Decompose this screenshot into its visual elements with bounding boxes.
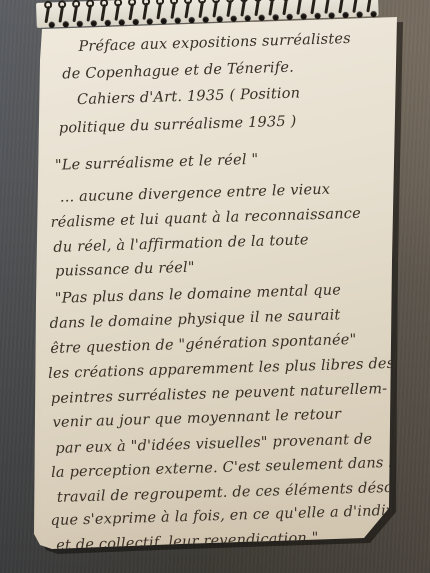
spiral-loop-icon bbox=[296, 0, 306, 25]
wire-stem-icon bbox=[72, 5, 77, 22]
punch-hole-icon bbox=[343, 12, 349, 18]
wire-stem-icon bbox=[170, 2, 175, 19]
punch-hole-icon bbox=[357, 11, 363, 17]
wire-stem-icon bbox=[114, 4, 119, 21]
wire-stem-icon bbox=[156, 2, 161, 19]
spiral-loop-icon bbox=[114, 0, 124, 31]
spiral-loop-icon bbox=[44, 1, 54, 33]
wire-stem-icon bbox=[282, 0, 287, 15]
spiral-loop-icon bbox=[58, 0, 68, 32]
handwriting-block: Préface aux expositions surréalistesde C… bbox=[45, 22, 405, 558]
wire-stem-icon bbox=[226, 0, 231, 17]
punch-hole-icon bbox=[301, 13, 307, 19]
wire-stem-icon bbox=[44, 6, 49, 23]
punch-hole-icon bbox=[133, 19, 139, 25]
punch-hole-icon bbox=[259, 15, 265, 21]
wire-stem-icon bbox=[240, 0, 245, 17]
wire-stem-icon bbox=[58, 5, 63, 22]
punch-hole-icon bbox=[147, 18, 153, 24]
punch-hole-icon bbox=[203, 17, 209, 23]
spiral-loop-icon bbox=[100, 0, 110, 31]
spiral-loop-icon bbox=[72, 0, 82, 32]
spiral-loop-icon bbox=[170, 0, 180, 29]
spiral-loop-icon bbox=[184, 0, 194, 28]
punch-hole-icon bbox=[161, 18, 167, 24]
spiral-loop-icon bbox=[86, 0, 96, 32]
wire-stem-icon bbox=[254, 0, 259, 16]
punch-hole-icon bbox=[273, 14, 279, 20]
punch-hole-icon bbox=[287, 14, 293, 20]
spiral-loop-icon bbox=[226, 0, 236, 27]
wire-stem-icon bbox=[142, 3, 147, 20]
punch-hole-icon bbox=[329, 12, 335, 18]
spiral-loop-icon bbox=[324, 0, 334, 24]
spiral-loop-icon bbox=[338, 0, 348, 23]
punch-hole-icon bbox=[91, 20, 97, 26]
spiral-loop-icon bbox=[156, 0, 166, 29]
wire-stem-icon bbox=[296, 0, 301, 15]
handwritten-line: "Le surréalisme et le réel " bbox=[55, 144, 395, 179]
spiral-loop-icon bbox=[268, 0, 278, 26]
spiral-loop-icon bbox=[212, 0, 222, 27]
spiral-loop-icon bbox=[310, 0, 320, 24]
wire-stem-icon bbox=[212, 0, 217, 17]
wire-stem-icon bbox=[366, 0, 371, 12]
punch-hole-icon bbox=[105, 20, 111, 26]
wire-stem-icon bbox=[338, 0, 343, 13]
punch-hole-icon bbox=[77, 21, 83, 27]
spiral-loop-icon bbox=[128, 0, 138, 30]
wire-stem-icon bbox=[268, 0, 273, 16]
notebook-page: Préface aux expositions surréalistesde C… bbox=[0, 0, 430, 573]
punch-hole-icon bbox=[119, 19, 125, 25]
punch-hole-icon bbox=[189, 17, 195, 23]
wire-stem-icon bbox=[100, 4, 105, 21]
spiral-loop-icon bbox=[198, 0, 208, 28]
punch-hole-icon bbox=[49, 22, 55, 28]
punch-hole-icon bbox=[315, 13, 321, 19]
punch-hole-icon bbox=[231, 16, 237, 22]
spiral-loop-icon bbox=[282, 0, 292, 25]
punch-hole-icon bbox=[175, 17, 181, 23]
wire-stem-icon bbox=[198, 1, 203, 18]
spiral-loop-icon bbox=[352, 0, 362, 23]
wire-stem-icon bbox=[184, 1, 189, 18]
wire-stem-icon bbox=[86, 5, 91, 22]
notebook-photo: Préface aux expositions surréalistesde C… bbox=[0, 0, 430, 573]
wire-stem-icon bbox=[128, 3, 133, 20]
spiral-loop-icon bbox=[254, 0, 264, 26]
wire-stem-icon bbox=[352, 0, 357, 13]
wire-stem-icon bbox=[310, 0, 315, 14]
punch-hole-icon bbox=[217, 16, 223, 22]
punch-hole-icon bbox=[245, 15, 251, 21]
spiral-loop-icon bbox=[240, 0, 250, 26]
punch-hole-icon bbox=[63, 21, 69, 27]
wire-stem-icon bbox=[324, 0, 329, 14]
spiral-loop-icon bbox=[142, 0, 152, 30]
spiral-loop-icon bbox=[366, 0, 376, 22]
